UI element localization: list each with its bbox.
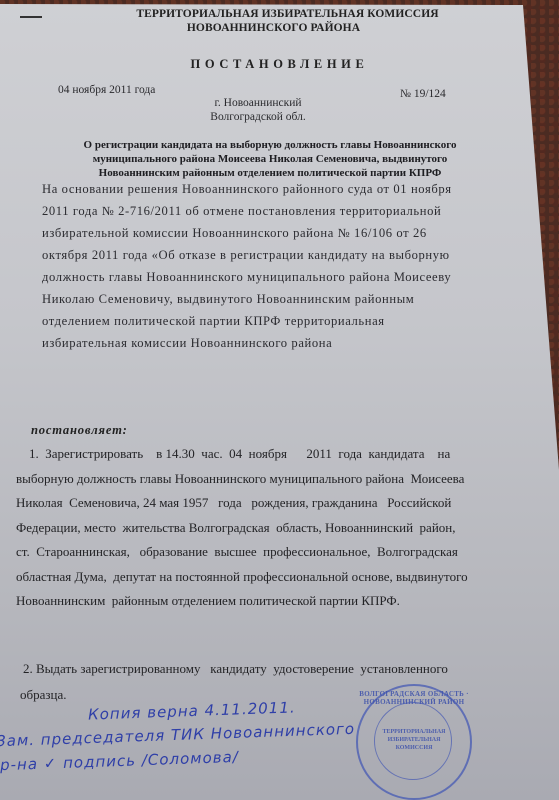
official-seal-stamp: ВОЛГОГРАДСКАЯ ОБЛАСТЬ · НОВОАННИНСКИЙ РА… [356,684,472,800]
seal-text-line: ТЕРРИТОРИАЛЬНАЯ [372,728,456,736]
subject-line: О регистрации кандидата на выборную долж… [50,138,490,152]
seal-center-text: ТЕРРИТОРИАЛЬНАЯ ИЗБИРАТЕЛЬНАЯ КОМИССИЯ [372,728,456,752]
basis-line: октября 2011 года «Об отказе в регистрац… [42,244,494,266]
resolution-item-1: 1. Зарегистрировать в 14.30 час. 04 нояб… [16,442,536,614]
basis-line: избирательная комиссии Новоаннинского ра… [42,332,494,354]
basis-line: На основании решения Новоаннинского райо… [42,178,494,200]
handwritten-signer-title: Зам. председателя ТИК Новоаннинского [0,720,355,751]
subject-line: муниципального района Моисеева Николая С… [50,152,490,166]
item-line: ст. Староаннинская, образование высшее п… [16,540,536,565]
basis-line: 2011 года № 2-716/2011 об отмене постано… [42,200,494,222]
item-line: выборную должность главы Новоаннинского … [16,467,536,492]
item-line: 1. Зарегистрировать в 14.30 час. 04 нояб… [16,442,536,467]
organization-name-line1: ТЕРРИТОРИАЛЬНАЯ ИЗБИРАТЕЛЬНАЯ КОМИССИЯ [8,8,559,20]
basis-line: избирательной комиссии Новоаннинского ра… [42,222,494,244]
item-line: Николая Семеновича, 24 мая 1957 года рож… [16,491,536,516]
handwritten-signature: р-на ✓ подпись /Соломова/ [0,748,239,774]
document-subject: О регистрации кандидата на выборную долж… [50,138,490,180]
basis-line: отделением политической партии КПРФ терр… [42,310,494,332]
document-location: г. Новоаннинский Волгоградской обл. [198,96,318,124]
document-title: ПОСТАНОВЛЕНИЕ [0,57,559,72]
document-number: № 19/124 [400,88,446,100]
resolves-heading: постановляет: [31,423,128,438]
item-line: 2. Выдать зарегистрированному кандидату … [10,656,550,682]
city-line: г. Новоаннинский [198,96,318,110]
item-line: Новоаннинским районным отделением полити… [16,589,536,614]
basis-line: должность главы Новоаннинского муниципал… [42,266,494,288]
item-line: областная Дума, депутат на постоянной пр… [16,565,536,590]
organization-name-line2: НОВОАННИНСКОГО РАЙОНА [0,22,553,34]
seal-text-line: ИЗБИРАТЕЛЬНАЯ [372,736,456,744]
document-date: 04 ноября 2011 года [58,84,155,96]
basis-line: Николаю Семеновичу, выдвинутого Новоанни… [42,288,494,310]
document-content: ТЕРРИТОРИАЛЬНАЯ ИЗБИРАТЕЛЬНАЯ КОМИССИЯ Н… [0,0,559,800]
item-line: Федерации, место жительства Волгоградска… [16,516,536,541]
seal-text-line: КОМИССИЯ [372,744,456,752]
region-line: Волгоградской обл. [198,110,318,124]
basis-paragraph: На основании решения Новоаннинского райо… [42,178,494,354]
